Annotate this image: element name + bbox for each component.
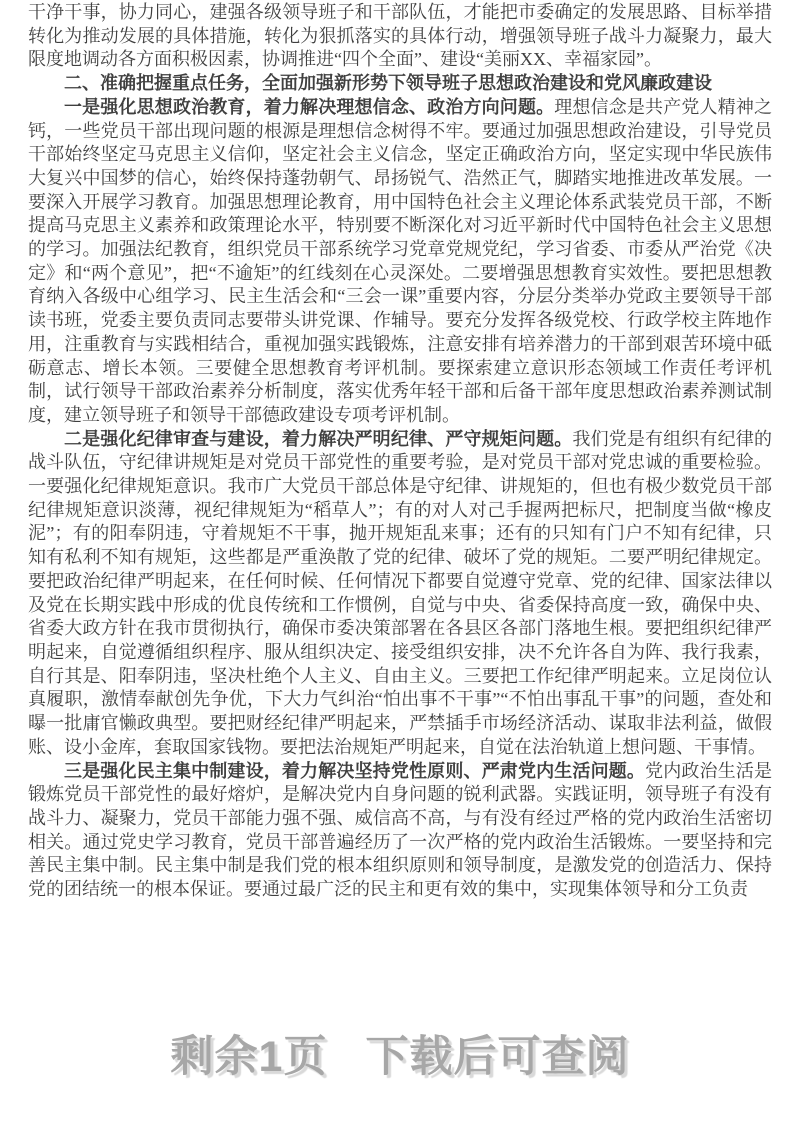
- paragraph-continuation: 干净干事，协力同心，建强各级领导班子和干部队伍，才能把市委确定的发展思路、目标举…: [28, 1, 772, 72]
- paragraph-first-point: 一是强化思想政治教育，着力解决理想信念、政治方向问题。理想信念是共产党人精神之钙…: [28, 96, 772, 428]
- document-preview-page: 干净干事，协力同心，建强各级领导班子和干部队伍，才能把市委确定的发展思路、目标举…: [0, 0, 800, 1136]
- remaining-pages-label: 剩余1页: [171, 1033, 328, 1081]
- paragraph-second-point: 二是强化纪律审查与建设，着力解决严明纪律、严守规矩问题。我们党是有组织有纪律的战…: [28, 428, 772, 760]
- download-hint-label: 下载后可查阅: [365, 1033, 629, 1081]
- paragraph-lead: 三是强化民主集中制建设，着力解决坚持党性原则、严肃党内生活问题。: [64, 761, 645, 781]
- paragraph-text: 我们党是有组织有纪律的战斗队伍，守纪律讲规矩是对党员干部党性的重要考验，是对党员…: [28, 429, 772, 757]
- paragraph-text: 理想信念是共产党人精神之钙，一些党员干部出现问题的根源是理想信念树得不牢。要通过…: [28, 97, 772, 425]
- paragraph-text: 党内政治生活是锻炼党员干部党性的最好熔炉，是解决党内自身问题的锐利武器。实践证明…: [28, 761, 772, 900]
- paragraph-third-point: 三是强化民主集中制建设，着力解决坚持党性原则、严肃党内生活问题。党内政治生活是锻…: [28, 760, 772, 902]
- document-text-block: 干净干事，协力同心，建强各级领导班子和干部队伍，才能把市委确定的发展思路、目标举…: [28, 1, 772, 902]
- paragraph-lead: 一是强化思想政治教育，着力解决理想信念、政治方向问题。: [64, 97, 554, 117]
- download-promo-banner: 剩余1页下载后可查阅: [0, 1028, 800, 1086]
- section-heading: 二、准确把握重点任务，全面加强新形势下领导班子思想政治建设和党风廉政建设: [28, 72, 772, 96]
- paragraph-lead: 二是强化纪律审查与建设，着力解决严明纪律、严守规矩问题。: [64, 429, 572, 449]
- paragraph-text: 干净干事，协力同心，建强各级领导班子和干部队伍，才能把市委确定的发展思路、目标举…: [28, 2, 772, 69]
